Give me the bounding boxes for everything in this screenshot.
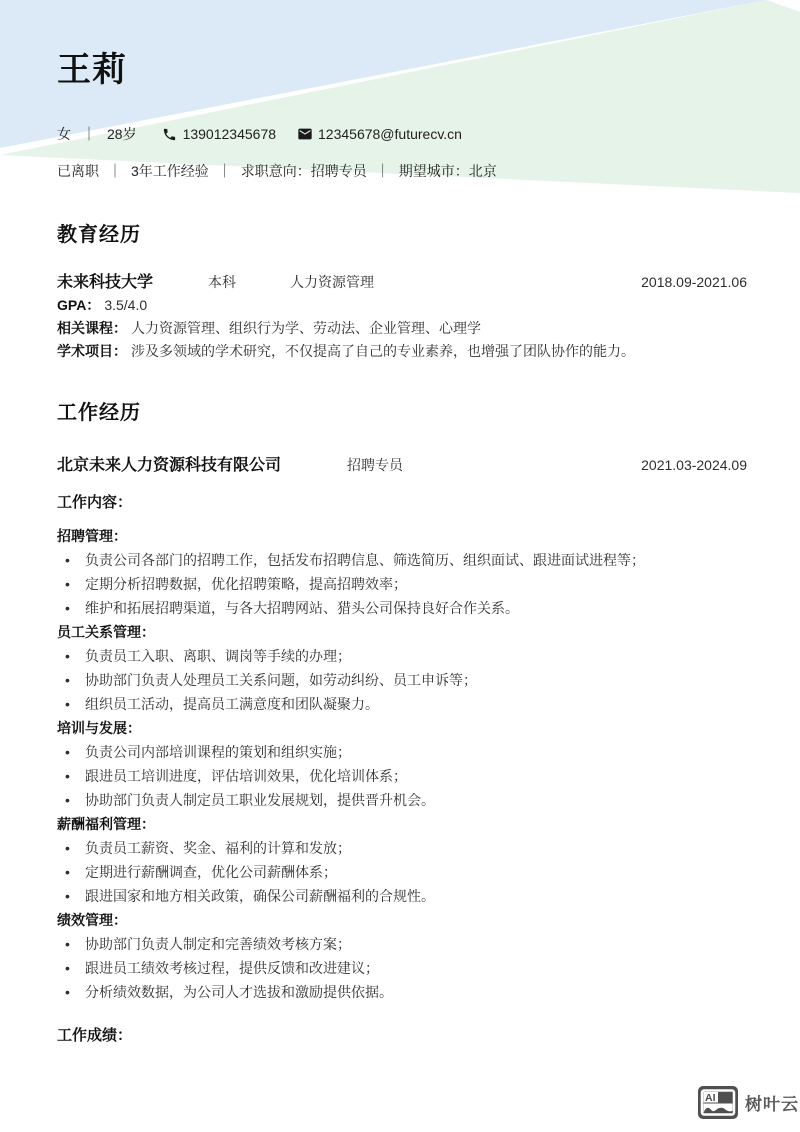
company-name: 北京未来人力资源科技有限公司	[57, 455, 347, 477]
bullet-marker: •	[65, 836, 85, 860]
list-item-text: 定期分析招聘数据，优化招聘策略，提高招聘效率；	[85, 572, 407, 596]
email-address: 12345678@futurecv.cn	[318, 126, 462, 142]
work-title: 工作经历	[57, 400, 747, 426]
status-job-intention: 求职意向：招聘专员	[241, 161, 367, 181]
ai-logo-text: AI	[705, 1092, 716, 1104]
list-item-text: 分析绩效数据，为公司人才选拔和激励提供依据。	[85, 980, 393, 1004]
list-item-text: 协助部门负责人制定和完善绩效考核方案；	[85, 932, 351, 956]
list-item: •跟进国家和地方相关政策，确保公司薪酬福利的合规性。	[57, 884, 747, 908]
list-item: •负责员工薪资、奖金、福利的计算和发放；	[57, 836, 747, 860]
list-item: •跟进员工绩效考核过程，提供反馈和改进建议；	[57, 956, 747, 980]
status-target-city: 期望城市：北京	[399, 161, 497, 181]
list-item-text: 跟进员工绩效考核过程，提供反馈和改进建议；	[85, 956, 379, 980]
gpa-value: 3.5/4.0	[104, 297, 147, 313]
group-title-employee-relations: 员工关系管理：	[57, 620, 747, 644]
bullet-marker: •	[65, 668, 85, 692]
group-list-recruiting: •负责公司各部门的招聘工作，包括发布招聘信息、筛选简历、组织面试、跟进面试进程等…	[57, 548, 747, 620]
list-item-text: 负责公司内部培训课程的策划和组织实施；	[85, 740, 351, 764]
list-item: •协助部门负责人制定和完善绩效考核方案；	[57, 932, 747, 956]
education-section: 教育经历 未来科技大学 本科 人力资源管理 2018.09-2021.06 GP…	[57, 222, 747, 363]
list-item-text: 跟进员工培训进度，评估培训效果，优化培训体系；	[85, 764, 407, 788]
list-item: •定期进行薪酬调查，优化公司薪酬体系；	[57, 860, 747, 884]
list-item-text: 负责员工薪资、奖金、福利的计算和发放；	[85, 836, 351, 860]
bullet-marker: •	[65, 788, 85, 812]
separator: ｜	[218, 161, 232, 181]
list-item: •协助部门负责人处理员工关系问题，如劳动纠纷、员工申诉等；	[57, 668, 747, 692]
list-item: •负责员工入职、离职、调岗等手续的办理；	[57, 644, 747, 668]
group-list-employee-relations: •负责员工入职、离职、调岗等手续的办理； •协助部门负责人处理员工关系问题，如劳…	[57, 644, 747, 716]
bullet-marker: •	[65, 572, 85, 596]
group-list-compensation: •负责员工薪资、奖金、福利的计算和发放； •定期进行薪酬调查，优化公司薪酬体系；…	[57, 836, 747, 908]
list-item: •负责公司各部门的招聘工作，包括发布招聘信息、筛选简历、组织面试、跟进面试进程等…	[57, 548, 747, 572]
separator: ｜	[108, 161, 122, 181]
phone-number: 139012345678	[183, 126, 276, 142]
courses-label: 相关课程：	[57, 320, 127, 336]
bullet-marker: •	[65, 548, 85, 572]
group-list-training: •负责公司内部培训课程的策划和组织实施； •跟进员工培训进度，评估培训效果，优化…	[57, 740, 747, 812]
brand-name: 树叶云	[745, 1090, 799, 1115]
bullet-marker: •	[65, 740, 85, 764]
status-employment: 已离职	[57, 161, 99, 181]
bullet-marker: •	[65, 860, 85, 884]
status-row: 已离职 ｜ 3年工作经验 ｜ 求职意向：招聘专员 ｜ 期望城市：北京	[57, 161, 497, 181]
group-list-performance: •协助部门负责人制定和完善绩效考核方案； •跟进员工绩效考核过程，提供反馈和改进…	[57, 932, 747, 1004]
bullet-marker: •	[65, 980, 85, 1004]
list-item-text: 组织员工活动，提高员工满意度和团队凝聚力。	[85, 692, 379, 716]
bullet-marker: •	[65, 932, 85, 956]
phone-icon	[162, 127, 177, 142]
group-title-recruiting: 招聘管理：	[57, 524, 747, 548]
bullet-marker: •	[65, 644, 85, 668]
project-label: 学术项目：	[57, 343, 127, 359]
bullet-marker: •	[65, 956, 85, 980]
resume-page: { "header": { "name": "王莉", "separator":…	[0, 0, 800, 1132]
school-name: 未来科技大学	[57, 272, 208, 294]
list-item: •定期分析招聘数据，优化招聘策略，提高招聘效率；	[57, 572, 747, 596]
courses-value: 人力资源管理、组织行为学、劳动法、企业管理、心理学	[131, 320, 481, 336]
work-achievement-label: 工作成绩：	[57, 1024, 747, 1047]
bullet-marker: •	[65, 884, 85, 908]
group-title-training: 培训与发展：	[57, 716, 747, 740]
group-title-performance: 绩效管理：	[57, 908, 747, 932]
mail-icon	[297, 126, 313, 142]
separator: ｜	[82, 124, 96, 144]
list-item: •组织员工活动，提高员工满意度和团队凝聚力。	[57, 692, 747, 716]
list-item-text: 负责公司各部门的招聘工作，包括发布招聘信息、筛选简历、组织面试、跟进面试进程等；	[85, 548, 645, 572]
bullet-marker: •	[65, 596, 85, 620]
status-experience: 3年工作经验	[131, 161, 209, 181]
list-item-text: 协助部门负责人制定员工职业发展规划，提供晋升机会。	[85, 788, 435, 812]
bullet-marker: •	[65, 764, 85, 788]
list-item: •分析绩效数据，为公司人才选拔和激励提供依据。	[57, 980, 747, 1004]
gpa-label: GPA：	[57, 297, 100, 313]
gpa-line: GPA：3.5/4.0	[57, 294, 747, 317]
list-item: •维护和拓展招聘渠道，与各大招聘网站、猎头公司保持良好合作关系。	[57, 596, 747, 620]
brand-logo: AI 树叶云	[698, 1086, 799, 1119]
work-content-label: 工作内容：	[57, 491, 747, 514]
ai-image-icon: AI	[698, 1086, 738, 1119]
major-label: 人力资源管理	[290, 271, 374, 293]
courses-line: 相关课程：人力资源管理、组织行为学、劳动法、企业管理、心理学	[57, 317, 747, 340]
list-item-text: 维护和拓展招聘渠道，与各大招聘网站、猎头公司保持良好合作关系。	[85, 596, 519, 620]
work-content-groups: 招聘管理： •负责公司各部门的招聘工作，包括发布招聘信息、筛选简历、组织面试、跟…	[57, 524, 747, 1004]
list-item: •跟进员工培训进度，评估培训效果，优化培训体系；	[57, 764, 747, 788]
candidate-name: 王莉	[57, 50, 127, 90]
list-item-text: 协助部门负责人处理员工关系问题，如劳动纠纷、员工申诉等；	[85, 668, 477, 692]
age-label: 28岁	[107, 124, 137, 144]
project-line: 学术项目：涉及多领域的学术研究，不仅提高了自己的专业素养，也增强了团队协作的能力…	[57, 340, 747, 363]
degree-label: 本科	[208, 271, 290, 293]
work-period: 2021.03-2024.09	[641, 454, 747, 476]
list-item: •协助部门负责人制定员工职业发展规划，提供晋升机会。	[57, 788, 747, 812]
list-item: •负责公司内部培训课程的策划和组织实施；	[57, 740, 747, 764]
bullet-marker: •	[65, 692, 85, 716]
list-item-text: 负责员工入职、离职、调岗等手续的办理；	[85, 644, 351, 668]
position-label: 招聘专员	[347, 454, 403, 476]
company-row: 北京未来人力资源科技有限公司 招聘专员 2021.03-2024.09	[57, 454, 747, 477]
list-item-text: 跟进国家和地方相关政策，确保公司薪酬福利的合规性。	[85, 884, 435, 908]
contact-row: 女 ｜ 28岁 139012345678 12345678@futurecv.c…	[57, 124, 462, 144]
education-title: 教育经历	[57, 222, 747, 248]
list-item-text: 定期进行薪酬调查，优化公司薪酬体系；	[85, 860, 337, 884]
education-period: 2018.09-2021.06	[641, 271, 747, 293]
work-section: 工作经历 北京未来人力资源科技有限公司 招聘专员 2021.03-2024.09…	[57, 400, 747, 1047]
project-value: 涉及多领域的学术研究，不仅提高了自己的专业素养，也增强了团队协作的能力。	[131, 343, 635, 359]
separator: ｜	[376, 161, 390, 181]
group-title-compensation: 薪酬福利管理：	[57, 812, 747, 836]
education-row: 未来科技大学 本科 人力资源管理 2018.09-2021.06	[57, 271, 747, 294]
gender-label: 女	[57, 124, 71, 144]
